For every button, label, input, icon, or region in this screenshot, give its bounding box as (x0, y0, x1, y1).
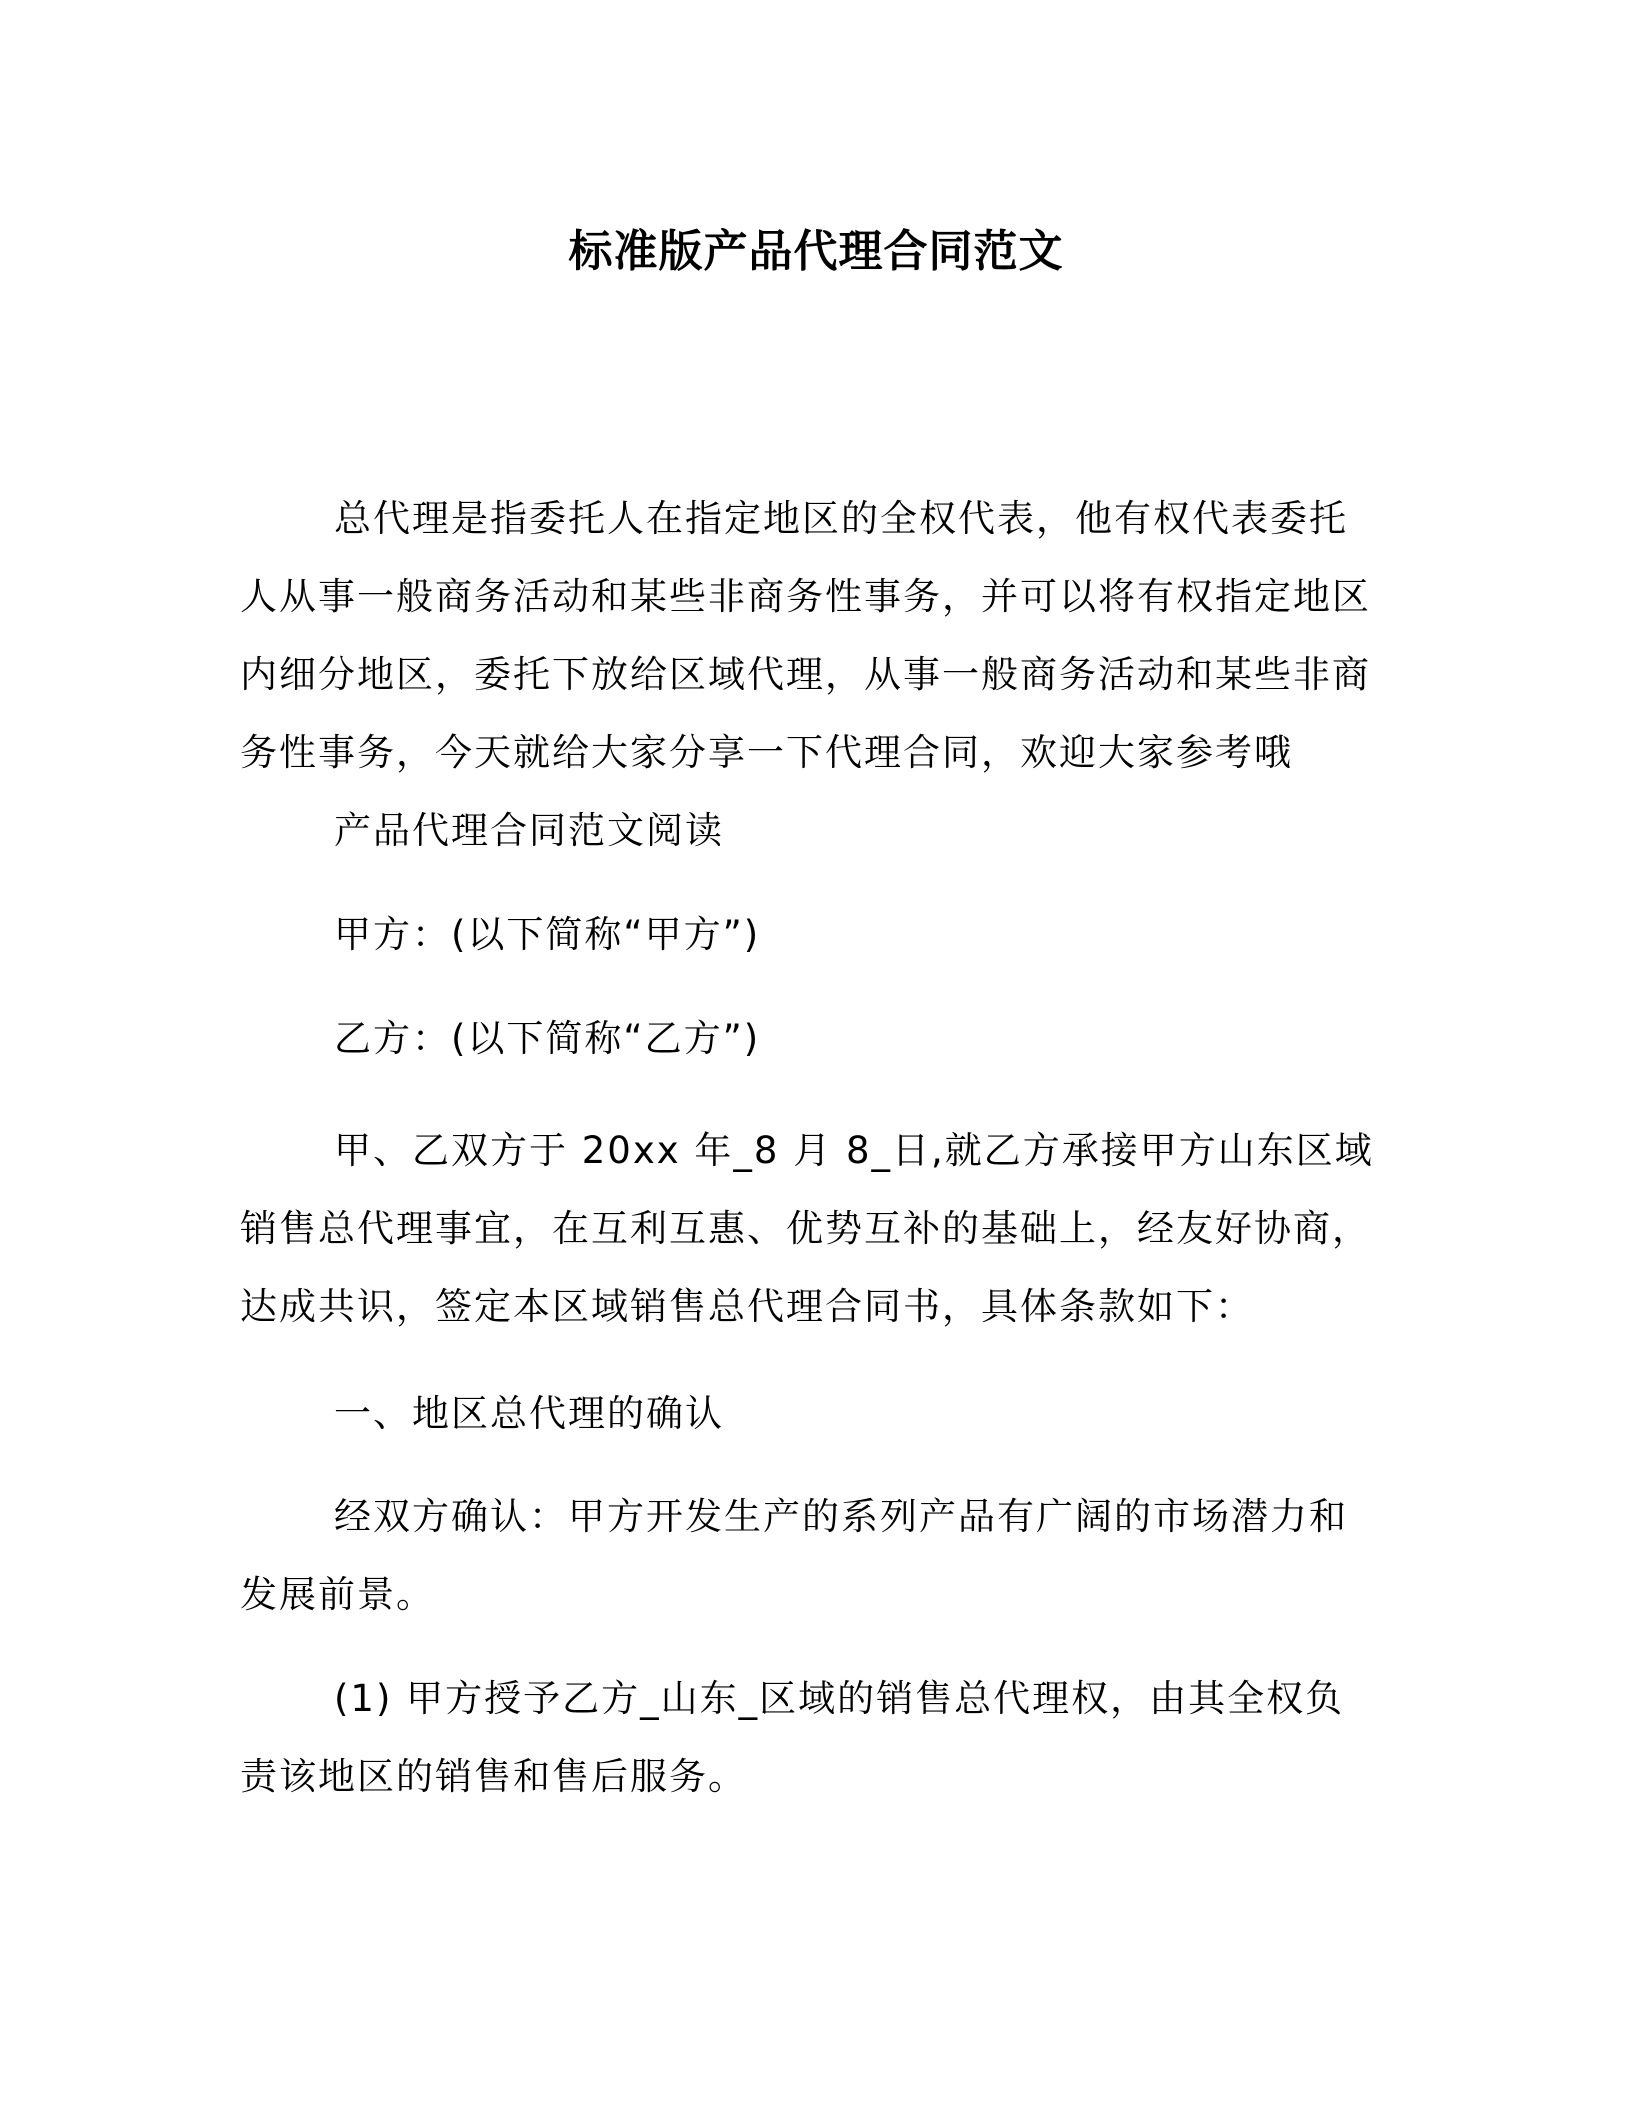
clause-paragraph: (1) 甲方授予乙方_山东_区域的销售总代理权，由其全权负责该地区的销售和售后服… (240, 1660, 1380, 1816)
section-heading: 一、地区总代理的确认 (240, 1375, 1380, 1453)
document-title: 标准版产品代理合同范文 (0, 222, 1632, 282)
subtitle-paragraph: 产品代理合同范文阅读 (240, 792, 1380, 870)
party-a-paragraph: 甲方：(以下简称“甲方”) (240, 896, 1380, 974)
party-b-paragraph: 乙方：(以下简称“乙方”) (240, 1000, 1380, 1078)
confirmation-paragraph: 经双方确认：甲方开发生产的系列产品有广阔的市场潜力和发展前景。 (240, 1478, 1380, 1634)
intro-paragraph: 总代理是指委托人在指定地区的全权代表，他有权代表委托人从事一般商务活动和某些非商… (240, 480, 1380, 792)
document-page: 标准版产品代理合同范文 总代理是指委托人在指定地区的全权代表，他有权代表委托人从… (0, 0, 1632, 2112)
preamble-paragraph: 甲、乙双方于 20xx 年_8 月 8_日,就乙方承接甲方山东区域销售总代理事宜… (240, 1112, 1380, 1346)
